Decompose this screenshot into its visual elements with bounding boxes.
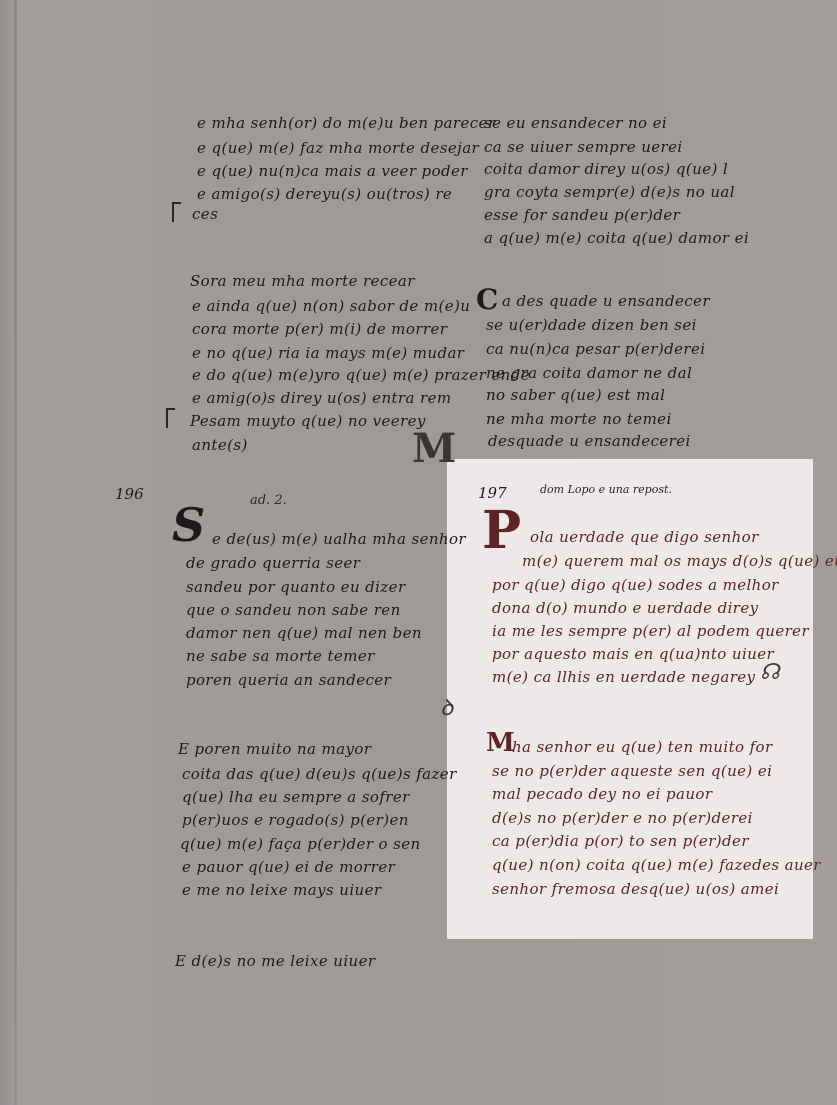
verse-line: e me no leixe mays uiuer xyxy=(182,881,381,899)
verse-line: ha senhor eu q(ue) ten muito for xyxy=(512,738,773,756)
verse-line: cora morte p(er) m(i) de morrer xyxy=(192,320,447,338)
marginal-note: dom Lopo e una repost. xyxy=(540,483,672,496)
verse-line: se eu ensandecer no ei xyxy=(484,114,667,132)
verse-line: a des quade u ensandecer xyxy=(502,292,710,310)
refrain-bracket xyxy=(166,408,175,428)
decorated-initial: S xyxy=(172,498,205,552)
verse-line: e no q(ue) ria ia mays m(e) mudar xyxy=(192,344,464,362)
verse-line: e pauor q(ue) ei de morrer xyxy=(182,858,395,876)
verse-line: gra coyta sempr(e) d(e)s no ual xyxy=(484,183,735,201)
verse-line: ola uerdade que digo senhor xyxy=(530,528,759,546)
folio-number: 196 xyxy=(115,485,144,503)
verse-line: desquade u ensandecerei xyxy=(488,432,691,450)
verse-line: ca se uiuer sempre uerei xyxy=(484,138,683,156)
verse-line: p(er)uos e rogado(s) p(er)en xyxy=(182,811,409,829)
manuscript-page: — · · · · · · · · · · e mha senh(or) do … xyxy=(0,0,837,1105)
page-binding-edge xyxy=(14,0,17,1105)
verse-line: q(ue) m(e) faça p(er)der o sen xyxy=(180,835,421,853)
verse-line: e q(ue) m(e) faz mha morte desejar xyxy=(197,139,479,157)
verse-line: e amig(o)s direy u(os) entra rem xyxy=(192,389,451,407)
verse-line: q(ue) n(on) coita q(ue) m(e) fazedes aue… xyxy=(492,856,821,874)
verse-line: e amigo(s) dereyu(s) ou(tros) re xyxy=(197,185,452,203)
verse-line: m(e) querem mal os mays d(o)s q(ue) eu s… xyxy=(522,552,837,570)
verse-line: e mha senh(or) do m(e)u ben parecer xyxy=(197,114,495,132)
verse-line: se no p(er)der aqueste sen q(ue) ei xyxy=(492,762,772,780)
final-refrain: E d(e)s no me leixe uiuer xyxy=(175,952,375,970)
verse-line: damor nen q(ue) mal nen ben xyxy=(186,624,422,642)
verse-line: ante(s) xyxy=(192,436,248,454)
verse-line: E poren muito na mayor xyxy=(178,740,371,758)
verse-line: que o sandeu non sabe ren xyxy=(186,601,401,619)
ornament-mark: ꝺ xyxy=(440,692,453,722)
verse-line: dona d(o) mundo e uerdade direy xyxy=(492,599,759,617)
ornamental-initial: M xyxy=(412,425,456,472)
verse-line: ces xyxy=(192,205,218,223)
verse-line: por aquesto mais en q(ua)nto uiuer xyxy=(492,645,774,663)
verse-line: ia me les sempre p(er) al podem querer xyxy=(492,622,809,640)
verse-line: m(e) ca llhis en uerdade negarey xyxy=(492,668,755,686)
verse-line: ne sabe sa morte temer xyxy=(186,647,375,665)
verse-line: esse for sandeu p(er)der xyxy=(484,206,680,224)
verse-line: por q(ue) digo q(ue) sodes a melhor xyxy=(492,576,779,594)
verse-line: ca nu(n)ca pesar p(er)derei xyxy=(486,340,705,358)
verse-line: senhor fremosa desq(ue) u(os) amei xyxy=(492,880,779,898)
verse-line: q(ue) lha eu sempre a sofrer xyxy=(182,788,410,806)
verse-line: se u(er)dade dizen ben sei xyxy=(486,316,697,334)
verse-line: Sora meu mha morte recear xyxy=(190,272,415,290)
verse-line: coita damor direy u(os) q(ue) l xyxy=(484,160,728,178)
verse-line: Pesam muyto q(ue) no veerey xyxy=(190,412,426,430)
verse-line: e do q(ue) m(e)yro q(ue) m(e) prazer end… xyxy=(192,366,530,384)
verse-line: sandeu por quanto eu dizer xyxy=(186,578,406,596)
verse-line: e de(us) m(e) ualha mha senhor xyxy=(212,530,466,548)
verse-line: d(e)s no p(er)der e no p(er)derei xyxy=(492,809,753,827)
refrain-bracket xyxy=(172,202,181,222)
bleed-through-text: · · · · · · · xyxy=(310,465,364,480)
decorated-initial: C xyxy=(476,283,498,316)
marginal-note: ad. 2. xyxy=(250,493,287,508)
ornament-mark: ☊ xyxy=(760,660,780,685)
verse-line: no saber q(ue) est mal xyxy=(486,386,665,404)
verse-line: ca p(er)dia p(or) to sen p(er)der xyxy=(492,832,749,850)
verse-line: mal pecado dey no ei pauor xyxy=(492,785,712,803)
verse-line: e q(ue) nu(n)ca mais a veer poder xyxy=(197,162,468,180)
verse-line: poren queria an sandecer xyxy=(186,671,391,689)
decorated-initial: P xyxy=(482,500,521,561)
verse-line: de grado querria seer xyxy=(186,554,360,572)
decorated-initial: M xyxy=(486,728,515,758)
verse-line: coita das q(ue) d(eu)s q(ue)s fazer xyxy=(182,765,457,783)
verse-line: ne gra coita damor ne dal xyxy=(486,364,692,382)
verse-line: a q(ue) m(e) coita q(ue) damor ei xyxy=(484,229,749,247)
verse-line: ne mha morte no temei xyxy=(486,410,672,428)
verse-line: e ainda q(ue) n(on) sabor de m(e)u xyxy=(192,297,470,315)
